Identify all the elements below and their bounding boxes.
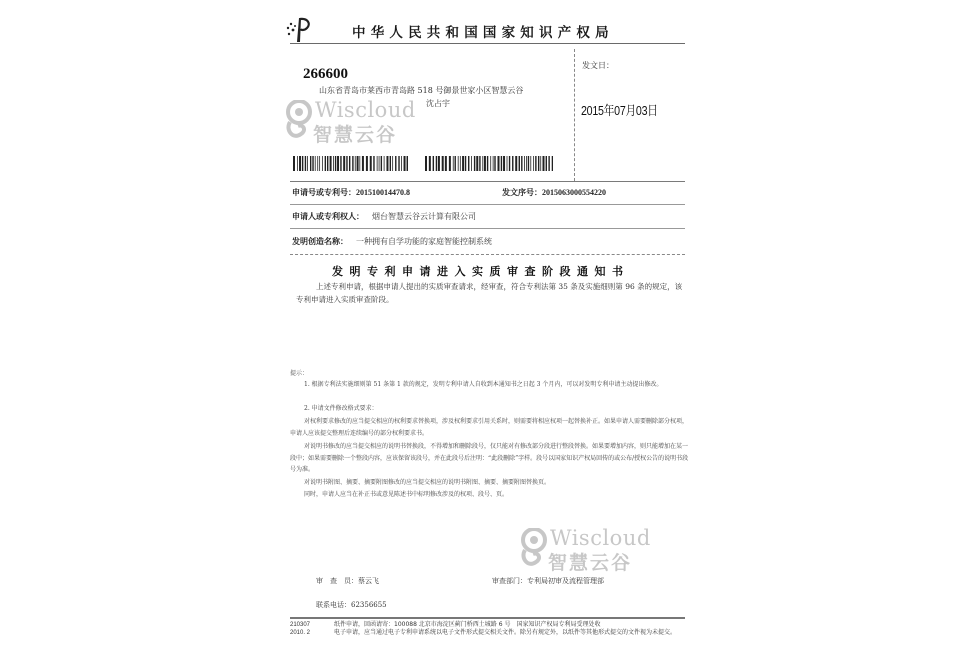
invention-name-label: 发明创造名称： <box>292 236 348 246</box>
form-date: 2010. 2 <box>290 630 310 636</box>
form-code: 210307 <box>290 622 310 628</box>
organization-title: 中华人民共和国国家知识产权局 <box>352 21 614 41</box>
dispatch-serial: 2015063000554220 <box>542 188 606 197</box>
applicant-label: 申请人或专利权人： <box>292 211 364 221</box>
watermark-bottom: Wiscloud 智慧云谷 <box>520 528 720 578</box>
issue-date: 2015年07月03日 <box>581 100 658 119</box>
examiner-field: 审 查 员：蔡云飞 <box>316 576 379 586</box>
header-divider <box>290 43 685 44</box>
recipient-address: 山东省青岛市莱西市青岛路 518 号御景世家小区智慧云谷 <box>319 85 523 96</box>
watermark-top: Wiscloud 智慧云谷 <box>285 100 485 150</box>
watermark-brand-en: Wiscloud <box>550 526 651 550</box>
tip-2c: 对说明书附图、摘要、摘要附图修改的应当提交相应的说明书附图、摘要、摘要附图替换页… <box>290 477 690 489</box>
examiner: 蔡云飞 <box>358 577 379 585</box>
footer-divider <box>290 617 685 619</box>
tip-2a: 对权利要求修改的应当提交相应的权利要求替换项，涉及权利要求引用关系时，则需要将相… <box>290 416 690 439</box>
applicant: 烟台智慧云谷云计算有限公司 <box>372 212 476 221</box>
invention-name-field: 发明创造名称：一种拥有自学功能的家庭智能控制系统 <box>292 236 492 247</box>
footer-electronic-notice: 电子申请，应当通过电子专利申请系统以电子文件形式提交相关文件。除另有规定外，以纸… <box>334 629 689 637</box>
applicant-field: 申请人或专利权人：烟台智慧云谷云计算有限公司 <box>292 211 476 222</box>
phone-field: 联系电话：62356655 <box>316 600 387 610</box>
tip-2: 2. 申请文件修改格式要求： <box>290 403 690 415</box>
watermark-brand-en: Wiscloud <box>315 98 416 122</box>
barcode-left <box>293 156 408 171</box>
divider-1 <box>290 181 685 182</box>
invention-name: 一种拥有自学功能的家庭智能控制系统 <box>356 237 492 246</box>
tips-heading: 提示： <box>290 368 690 380</box>
notice-document: 中华人民共和国国家知识产权局 266600 山东省青岛市莱西市青岛路 518 号… <box>0 0 970 668</box>
application-number-label: 申请号或专利号： <box>292 187 356 197</box>
department-field: 审查部门：专利局初审及流程管理部 <box>492 576 604 586</box>
recipient-vertical-divider <box>574 49 575 181</box>
dispatch-serial-field: 发文序号：2015063000554220 <box>502 187 606 198</box>
issue-date-label: 发文日： <box>582 60 614 71</box>
examiner-label: 审 查 员： <box>316 577 358 585</box>
barcode-right <box>425 156 553 171</box>
divider-4 <box>290 254 685 255</box>
department-label: 审查部门： <box>492 577 527 585</box>
postcode: 266600 <box>303 66 348 83</box>
wiscloud-swirl-icon <box>520 528 548 568</box>
cnipa-emblem-icon <box>283 14 313 44</box>
application-number-field: 申请号或专利号：201510014470.8 <box>292 187 410 198</box>
phone: 62356655 <box>351 601 387 609</box>
watermark-brand-cn: 智慧云谷 <box>313 120 397 147</box>
tip-2d: 同时，申请人应当在补正书或意见陈述书中标明修改涉及的权项、段号、页。 <box>290 489 690 501</box>
wiscloud-swirl-icon <box>285 100 313 140</box>
watermark-brand-cn: 智慧云谷 <box>548 548 632 575</box>
footer-mail-notice: 纸件申请，回函请寄：100088 北京市海淀区蓟门桥西土城路 6 号 国家知识产… <box>334 621 689 629</box>
dispatch-serial-label: 发文序号： <box>502 187 542 197</box>
application-number: 201510014470.8 <box>356 188 410 197</box>
divider-3 <box>290 228 685 229</box>
divider-2 <box>290 204 685 205</box>
tip-1: 1. 根据专利法实施细则第 51 条第 1 款的规定，发明专利申请人自收到本通知… <box>290 379 690 391</box>
notice-body: 上述专利申请，根据申请人提出的实质审查请求，经审查，符合专利法第 35 条及实施… <box>296 280 686 306</box>
notice-title: 发明专利申请进入实质审查阶段通知书 <box>332 263 630 279</box>
phone-label: 联系电话： <box>316 601 351 609</box>
department: 专利局初审及流程管理部 <box>527 577 604 585</box>
tip-2b: 对说明书修改的应当提交相应的说明书替换段，不得增加和删除段号，仅只能对有修改部分… <box>290 441 690 476</box>
